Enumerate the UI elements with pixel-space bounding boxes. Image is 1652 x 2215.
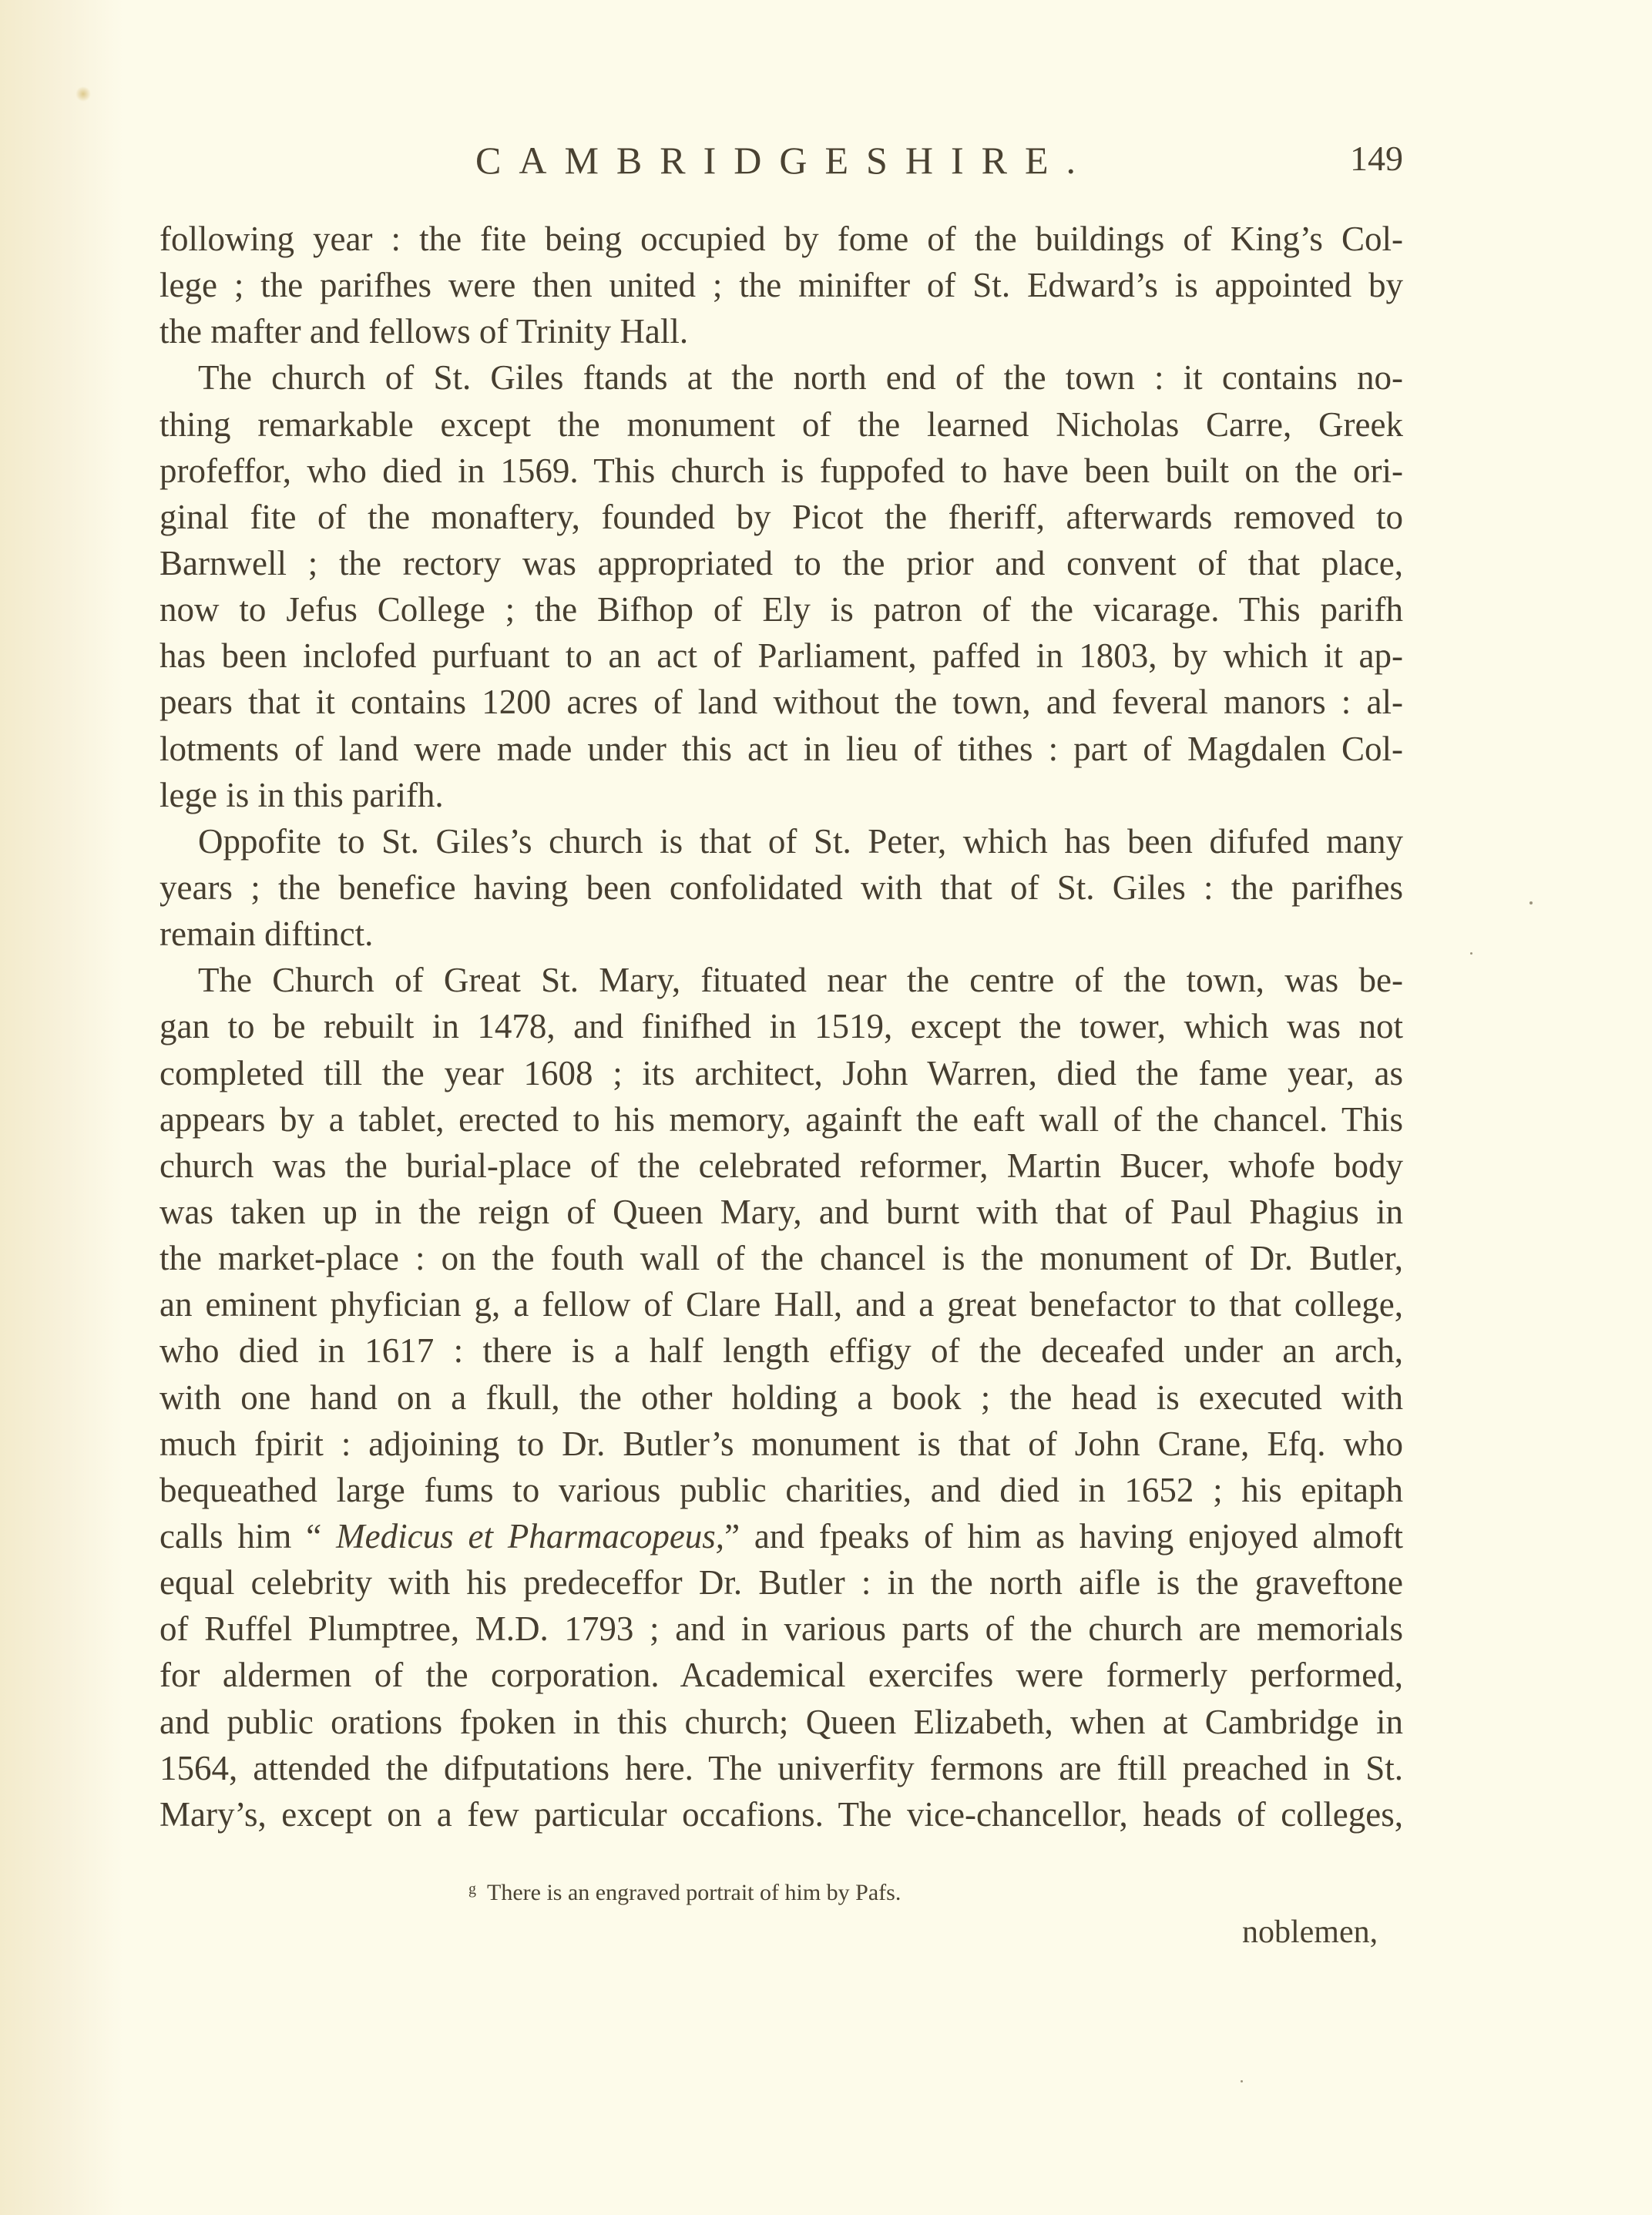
text-line: lege ; the parifhes were then united ; t… bbox=[159, 262, 1403, 308]
text-line: now to Jefus College ; the Bifhop of Ely… bbox=[159, 586, 1403, 633]
text-line: gan to be rebuilt in 1478, and finifhed … bbox=[159, 1003, 1403, 1049]
paper-speck bbox=[1241, 2080, 1243, 2082]
text-line: of Ruffel Plumptree, M.D. 1793 ; and in … bbox=[159, 1606, 1403, 1652]
text-line: profeffor, who died in 1569. This church… bbox=[159, 448, 1403, 494]
text-line: bequeathed large fums to various public … bbox=[159, 1467, 1403, 1513]
text-line: with one hand on a fkull, the other hold… bbox=[159, 1374, 1403, 1421]
footnote: gThere is an engraved portrait of him by… bbox=[468, 1874, 901, 1908]
page-number: 149 bbox=[1350, 136, 1403, 182]
italic-quote: Medicus et Pharmacopeus, bbox=[336, 1517, 724, 1556]
text-line: 1564, attended the difputations here. Th… bbox=[159, 1745, 1403, 1791]
text-line: for aldermen of the corporation. Academi… bbox=[159, 1652, 1403, 1698]
running-head: CAMBRIDGESHIRE. bbox=[475, 137, 1093, 183]
page-edge-shading bbox=[0, 0, 123, 2215]
text-line: the mafter and fellows of Trinity Hall. bbox=[159, 308, 1403, 354]
footnote-marker: g bbox=[468, 1881, 476, 1898]
body-text: following year : the fite being occupied… bbox=[159, 216, 1403, 1837]
text-line: thing remarkable except the monument of … bbox=[159, 401, 1403, 448]
text-line: has been inclofed purfuant to an act of … bbox=[159, 633, 1403, 679]
text-line: an eminent phyfician g, a fellow of Clar… bbox=[159, 1281, 1403, 1327]
text-line: The church of St. Giles ftands at the no… bbox=[159, 354, 1403, 401]
text-line: years ; the benefice having been confoli… bbox=[159, 864, 1403, 911]
text-line: the market-place : on the fouth wall of … bbox=[159, 1235, 1403, 1281]
text-segment: ” and fpeaks of him as having enjoyed al… bbox=[724, 1517, 1403, 1556]
text-line: following year : the fite being occupied… bbox=[159, 216, 1403, 262]
catchword: noblemen, bbox=[1242, 1913, 1378, 1952]
paper-speck bbox=[1529, 901, 1533, 904]
text-line: lotments of land were made under this ac… bbox=[159, 726, 1403, 772]
text-line: remain diftinct. bbox=[159, 911, 1403, 957]
text-line: and public orations fpoken in this churc… bbox=[159, 1699, 1403, 1745]
text-line: appears by a tablet, erected to his memo… bbox=[159, 1096, 1403, 1143]
text-line: Oppofite to St. Giles’s church is that o… bbox=[159, 818, 1403, 864]
text-line: Mary’s, except on a few particular occaf… bbox=[159, 1791, 1403, 1837]
text-line: who died in 1617 : there is a half lengt… bbox=[159, 1327, 1403, 1374]
text-segment: calls him “ bbox=[159, 1517, 336, 1556]
paper-stain bbox=[76, 86, 91, 102]
text-line: Barnwell ; the rectory was appropriated … bbox=[159, 540, 1403, 586]
text-line: was taken up in the reign of Queen Mary,… bbox=[159, 1189, 1403, 1235]
paper-speck bbox=[1470, 952, 1472, 955]
footnote-text: There is an engraved portrait of him by … bbox=[487, 1880, 901, 1905]
text-line: church was the burial-place of the celeb… bbox=[159, 1143, 1403, 1189]
text-line: lege is in this parifh. bbox=[159, 772, 1403, 818]
text-line: equal celebrity with his predeceffor Dr.… bbox=[159, 1559, 1403, 1606]
text-line: calls him “ Medicus et Pharmacopeus,” an… bbox=[159, 1513, 1403, 1559]
text-line: pears that it contains 1200 acres of lan… bbox=[159, 679, 1403, 725]
text-line: completed till the year 1608 ; its archi… bbox=[159, 1050, 1403, 1096]
text-line: The Church of Great St. Mary, fituated n… bbox=[159, 957, 1403, 1003]
text-line: ginal fite of the monaftery, founded by … bbox=[159, 494, 1403, 540]
text-line: much fpirit : adjoining to Dr. Butler’s … bbox=[159, 1421, 1403, 1467]
